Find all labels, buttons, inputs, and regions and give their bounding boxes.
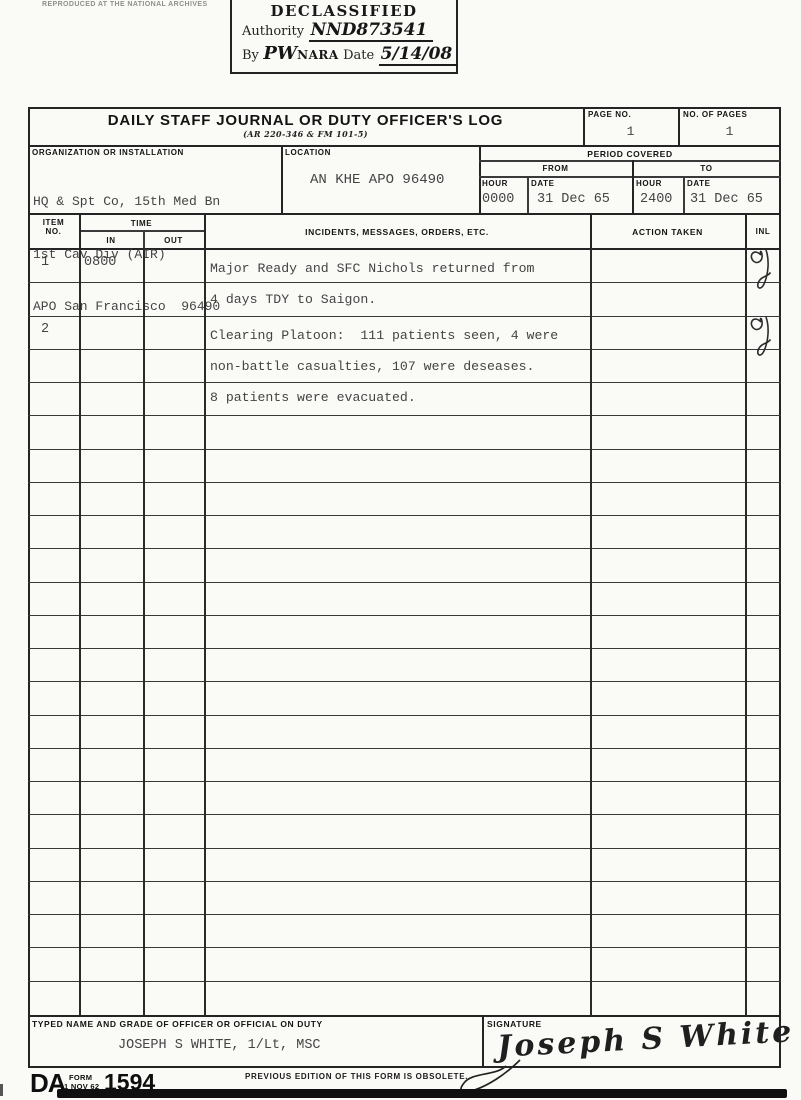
stamp-nara-label: NARA bbox=[297, 48, 339, 62]
organization-line: HQ & Spt Co, 15th Med Bn bbox=[33, 193, 220, 211]
col-incidents-label: INCIDENTS, MESSAGES, ORDERS, ETC. bbox=[204, 227, 590, 237]
page-no-value: 1 bbox=[583, 124, 678, 139]
journal-body: 1 0800 Major Ready and SFC Nichols retur… bbox=[28, 250, 781, 1015]
signature-handwritten: Joseph S White bbox=[497, 1022, 794, 1057]
journal-grid-row bbox=[28, 549, 781, 582]
to-hour-value: 2400 bbox=[640, 192, 672, 207]
journal-grid-row bbox=[28, 815, 781, 848]
period-covered-label: PERIOD COVERED bbox=[479, 149, 781, 159]
journal-grid-row bbox=[28, 782, 781, 815]
journal-entry-text: Clearing Platoon: 111 patients seen, 4 w… bbox=[210, 320, 558, 413]
body-col-line-out-incidents bbox=[204, 250, 206, 1015]
journal-entry-text: Major Ready and SFC Nichols returned fro… bbox=[210, 253, 534, 315]
line-fromhour-date-divider bbox=[527, 176, 529, 213]
journal-grid-row bbox=[28, 616, 781, 649]
journal-grid-row bbox=[28, 915, 781, 948]
to-hour-label: HOUR bbox=[636, 179, 662, 188]
col-time-label: TIME bbox=[79, 219, 204, 228]
scan-edge-mark bbox=[0, 1084, 3, 1096]
journal-entry-line: non-battle casualties, 107 were deseases… bbox=[210, 351, 558, 382]
journal-entry-item-no: 2 bbox=[41, 322, 49, 337]
stamp-by-label: By bbox=[242, 48, 259, 63]
stamp-title: DECLASSIFIED bbox=[232, 2, 456, 20]
typed-name-value: JOSEPH S WHITE, 1/Lt, MSC bbox=[118, 1038, 321, 1053]
line-tohour-date-divider bbox=[683, 176, 685, 213]
from-date-value: 31 Dec 65 bbox=[537, 192, 610, 207]
journal-grid-row bbox=[28, 749, 781, 782]
location-label: LOCATION bbox=[285, 148, 331, 157]
journal-entry-initials-icon bbox=[748, 313, 776, 368]
journal-entry-line: Major Ready and SFC Nichols returned fro… bbox=[210, 253, 534, 284]
journal-grid-row bbox=[28, 849, 781, 882]
line-footer-top bbox=[28, 1015, 781, 1017]
journal-entry-line: Clearing Platoon: 111 patients seen, 4 w… bbox=[210, 320, 558, 351]
page-no-label: PAGE NO. bbox=[588, 110, 631, 119]
journal-entry-line: 4 days TDY to Saigon. bbox=[210, 284, 534, 315]
form-title-block: DAILY STAFF JOURNAL OR DUTY OFFICER'S LO… bbox=[28, 112, 583, 139]
journal-grid-row bbox=[28, 483, 781, 516]
journal-grid-row bbox=[28, 516, 781, 549]
scan-black-bar-artifact bbox=[57, 1089, 787, 1098]
journal-grid-row bbox=[28, 583, 781, 616]
form-title: DAILY STAFF JOURNAL OR DUTY OFFICER'S LO… bbox=[28, 112, 583, 129]
journal-entry-time-in: 0800 bbox=[84, 255, 116, 270]
no-of-pages-value: 1 bbox=[678, 124, 781, 139]
stamp-date-label: Date bbox=[343, 48, 374, 63]
typed-name-label: TYPED NAME AND GRADE OF OFFICER OR OFFIC… bbox=[32, 1019, 323, 1029]
col-item-label-1: ITEM bbox=[28, 218, 79, 227]
line-title-bottom bbox=[28, 145, 781, 147]
journal-entry-initials-icon bbox=[748, 246, 776, 301]
journal-grid-row bbox=[28, 682, 781, 715]
to-date-label: DATE bbox=[687, 179, 711, 188]
stamp-by-initials: PW bbox=[263, 43, 297, 64]
location-value: AN KHE APO 96490 bbox=[310, 172, 444, 188]
scanned-document-page: REPRODUCED AT THE NATIONAL ARCHIVES DECL… bbox=[0, 0, 801, 1100]
no-of-pages-label: NO. OF PAGES bbox=[683, 110, 747, 119]
journal-grid-row bbox=[28, 649, 781, 682]
col-inl-label: INL bbox=[745, 227, 781, 236]
body-col-line-action-inl bbox=[745, 250, 747, 1015]
col-action-label: ACTION TAKEN bbox=[590, 227, 745, 237]
archive-reproduction-note: REPRODUCED AT THE NATIONAL ARCHIVES bbox=[42, 1, 208, 8]
journal-grid-row bbox=[28, 716, 781, 749]
journal-grid-row bbox=[28, 948, 781, 981]
from-date-label: DATE bbox=[531, 179, 555, 188]
stamp-date-value: 5/14/08 bbox=[379, 44, 459, 66]
stamp-authority-label: Authority bbox=[242, 24, 304, 39]
line-fromto-bottom bbox=[479, 176, 781, 178]
col-in-label: IN bbox=[79, 236, 143, 245]
journal-entry-line: 8 patients were evacuated. bbox=[210, 382, 558, 413]
journal-grid-row bbox=[28, 882, 781, 915]
from-label: FROM bbox=[479, 164, 632, 173]
journal-entry-item-no: 1 bbox=[41, 255, 49, 270]
to-label: TO bbox=[632, 164, 781, 173]
from-hour-label: HOUR bbox=[482, 179, 508, 188]
stamp-authority-value: NND873541 bbox=[309, 20, 434, 42]
col-out-label: OUT bbox=[143, 236, 204, 245]
journal-grid-row bbox=[28, 982, 781, 1015]
line-period-header-bottom bbox=[479, 160, 781, 162]
form-border-bottom bbox=[28, 1066, 781, 1068]
body-col-line-incidents-action bbox=[590, 250, 592, 1015]
form-subtitle: (AR 220-346 & FM 101-5) bbox=[28, 129, 583, 139]
line-location-left bbox=[281, 145, 283, 213]
col-item-label-2: NO. bbox=[28, 227, 79, 236]
form-border-top bbox=[28, 107, 781, 109]
declassified-stamp: DECLASSIFIED Authority NND873541 By PWNA… bbox=[230, 0, 458, 74]
journal-grid-row bbox=[28, 450, 781, 483]
from-hour-value: 0000 bbox=[482, 192, 514, 207]
body-col-line-in-out bbox=[143, 250, 145, 1015]
obsolete-note: PREVIOUS EDITION OF THIS FORM IS OBSOLET… bbox=[245, 1072, 468, 1081]
body-col-line-item bbox=[79, 250, 81, 1015]
organization-label: ORGANIZATION OR INSTALLATION bbox=[32, 148, 184, 157]
to-date-value: 31 Dec 65 bbox=[690, 192, 763, 207]
form-word: FORM bbox=[69, 1074, 92, 1082]
journal-grid-row bbox=[28, 416, 781, 449]
